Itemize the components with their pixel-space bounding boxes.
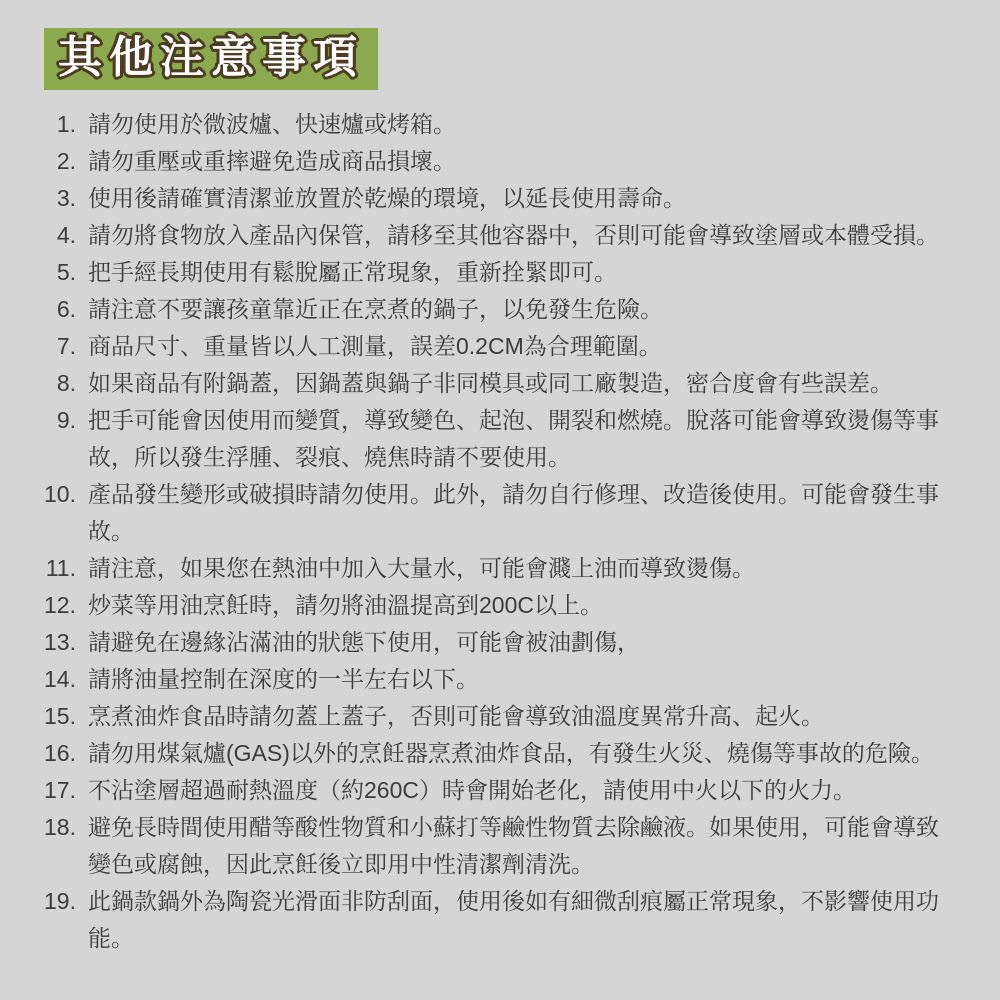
note-item: 2. 請勿重壓或重摔避免造成商品損壞。 (0, 143, 964, 180)
note-text: 避免長時間使用醋等酸性物質和小蘇打等鹼性物質去除鹼液。如果使用，可能會導致變色或… (88, 809, 960, 883)
note-item: 10. 產品發生變形或破損時請勿使用。此外，請勿自行修理、改造後使用。可能會發生… (0, 476, 964, 550)
note-item: 15. 烹煮油炸食品時請勿蓋上蓋子，否則可能會導致油溫度異常升高、起火。 (0, 698, 964, 735)
note-text: 此鍋款鍋外為陶瓷光滑面非防刮面，使用後如有細微刮痕屬正常現象，不影響使用功能。 (88, 883, 960, 957)
note-item: 4. 請勿將食物放入產品內保管，請移至其他容器中，否則可能會導致塗層或本體受損。 (0, 217, 964, 254)
note-number: 8. (0, 365, 76, 402)
note-text: 商品尺寸、重量皆以人工測量，誤差0.2CM為合理範圍。 (88, 328, 960, 365)
note-item: 13. 請避免在邊緣沾滿油的狀態下使用，可能會被油劃傷， (0, 624, 964, 661)
note-item: 11. 請注意，如果您在熱油中加入大量水，可能會濺上油而導致燙傷。 (0, 550, 964, 587)
product-notice-page: 其他注意事項 1. 請勿使用於微波爐、快速爐或烤箱。 2. 請勿重壓或重摔避免造… (0, 0, 1000, 1000)
note-item: 3. 使用後請確實清潔並放置於乾燥的環境，以延長使用壽命。 (0, 180, 964, 217)
note-item: 5. 把手經長期使用有鬆脫屬正常現象，重新拴緊即可。 (0, 254, 964, 291)
note-number: 16. (0, 735, 76, 772)
note-number: 14. (0, 661, 76, 698)
note-text: 如果商品有附鍋蓋，因鍋蓋與鍋子非同模具或同工廠製造，密合度會有些誤差。 (88, 365, 960, 402)
note-number: 9. (0, 402, 76, 439)
note-number: 4. (0, 217, 76, 254)
note-text: 請避免在邊緣沾滿油的狀態下使用，可能會被油劃傷， (88, 624, 960, 661)
note-item: 1. 請勿使用於微波爐、快速爐或烤箱。 (0, 106, 964, 143)
note-item: 17. 不沾塗層超過耐熱溫度（約260C）時會開始老化，請使用中火以下的火力。 (0, 772, 964, 809)
note-number: 11. (0, 550, 76, 587)
note-number: 5. (0, 254, 76, 291)
section-title: 其他注意事項 (58, 33, 364, 82)
note-text: 請勿用煤氣爐(GAS)以外的烹飪器烹煮油炸食品，有發生火災、燒傷等事故的危險。 (88, 735, 960, 772)
note-number: 12. (0, 587, 76, 624)
note-text: 把手經長期使用有鬆脫屬正常現象，重新拴緊即可。 (88, 254, 960, 291)
notes-list: 1. 請勿使用於微波爐、快速爐或烤箱。 2. 請勿重壓或重摔避免造成商品損壞。 … (0, 106, 964, 957)
note-item: 7. 商品尺寸、重量皆以人工測量，誤差0.2CM為合理範圍。 (0, 328, 964, 365)
note-item: 16. 請勿用煤氣爐(GAS)以外的烹飪器烹煮油炸食品，有發生火災、燒傷等事故的… (0, 735, 964, 772)
note-number: 18. (0, 809, 76, 846)
note-number: 13. (0, 624, 76, 661)
note-item: 19. 此鍋款鍋外為陶瓷光滑面非防刮面，使用後如有細微刮痕屬正常現象，不影響使用… (0, 883, 964, 957)
note-text: 請勿將食物放入產品內保管，請移至其他容器中，否則可能會導致塗層或本體受損。 (88, 217, 960, 254)
note-text: 使用後請確實清潔並放置於乾燥的環境，以延長使用壽命。 (88, 180, 960, 217)
note-item: 14. 請將油量控制在深度的一半左右以下。 (0, 661, 964, 698)
note-text: 產品發生變形或破損時請勿使用。此外，請勿自行修理、改造後使用。可能會發生事故。 (88, 476, 960, 550)
note-number: 17. (0, 772, 76, 809)
note-text: 請注意不要讓孩童靠近正在烹煮的鍋子，以免發生危險。 (88, 291, 960, 328)
note-number: 3. (0, 180, 76, 217)
note-number: 1. (0, 106, 76, 143)
note-text: 請將油量控制在深度的一半左右以下。 (88, 661, 960, 698)
note-number: 19. (0, 883, 76, 920)
note-item: 9. 把手可能會因使用而變質，導致變色、起泡、開裂和燃燒。脫落可能會導致燙傷等事… (0, 402, 964, 476)
note-text: 請勿重壓或重摔避免造成商品損壞。 (88, 143, 960, 180)
note-item: 12. 炒菜等用油烹飪時，請勿將油溫提高到200C以上。 (0, 587, 964, 624)
note-number: 6. (0, 291, 76, 328)
note-text: 把手可能會因使用而變質，導致變色、起泡、開裂和燃燒。脫落可能會導致燙傷等事故，所… (88, 402, 960, 476)
note-item: 18. 避免長時間使用醋等酸性物質和小蘇打等鹼性物質去除鹼液。如果使用，可能會導… (0, 809, 964, 883)
note-text: 炒菜等用油烹飪時，請勿將油溫提高到200C以上。 (88, 587, 960, 624)
note-text: 烹煮油炸食品時請勿蓋上蓋子，否則可能會導致油溫度異常升高、起火。 (88, 698, 960, 735)
note-text: 請勿使用於微波爐、快速爐或烤箱。 (88, 106, 960, 143)
section-title-badge: 其他注意事項 (44, 28, 378, 90)
note-number: 7. (0, 328, 76, 365)
note-item: 8. 如果商品有附鍋蓋，因鍋蓋與鍋子非同模具或同工廠製造，密合度會有些誤差。 (0, 365, 964, 402)
note-number: 2. (0, 143, 76, 180)
note-text: 不沾塗層超過耐熱溫度（約260C）時會開始老化，請使用中火以下的火力。 (88, 772, 960, 809)
note-number: 15. (0, 698, 76, 735)
note-number: 10. (0, 476, 76, 513)
note-item: 6. 請注意不要讓孩童靠近正在烹煮的鍋子，以免發生危險。 (0, 291, 964, 328)
note-text: 請注意，如果您在熱油中加入大量水，可能會濺上油而導致燙傷。 (88, 550, 960, 587)
